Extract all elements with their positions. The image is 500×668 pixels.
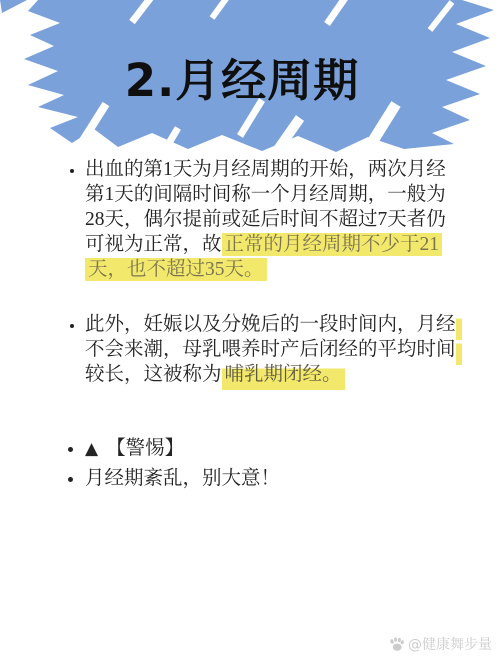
text-run: 此外，妊娠以及分娩后的一段时间内，月经 xyxy=(85,314,456,335)
text-line: 此外，妊娠以及分娩后的一段时间内，月经 xyxy=(85,312,500,337)
text-line: 第1天的间隔时间称一个月经周期，一般为 xyxy=(85,182,500,207)
text-run: 较长，这被称为 xyxy=(85,364,222,385)
page-title: 2.月经周期 xyxy=(0,44,484,109)
text-run: 出血的第1天为月经周期的开始，两次月经 xyxy=(85,159,446,180)
warning-triangle-icon: ▲ xyxy=(85,439,98,459)
highlighted-text: 正常的月经周期不少于21 xyxy=(222,233,443,256)
text-run: 可视为正常，故 xyxy=(85,234,222,255)
text-run: 28天，偶尔提前或延后时间不超过7天者仍 xyxy=(85,209,446,230)
underline-highlighted-text: 哺乳期闭经。 xyxy=(222,364,345,390)
title-banner: 2.月经周期 xyxy=(0,0,500,152)
baidu-paw-icon xyxy=(389,637,405,652)
warning-text: 月经期紊乱，别大意！ xyxy=(85,464,500,494)
text-line: 较长，这被称为哺乳期闭经。 xyxy=(85,362,500,387)
warning-list: ▲【警惕】 月经期紊乱，别大意！ xyxy=(0,434,500,494)
warning-heading: ▲【警惕】 xyxy=(85,434,500,464)
text-line: 可视为正常，故正常的月经周期不少于21 xyxy=(85,232,500,257)
bullet-list: 出血的第1天为月经周期的开始，两次月经 第1天的间隔时间称一个月经周期，一般为 … xyxy=(0,157,500,387)
text-run: 第1天的间隔时间称一个月经周期，一般为 xyxy=(85,184,446,205)
text-line: 天，也不超过35天。 xyxy=(85,257,500,282)
highlighted-text: 天，也不超过35天。 xyxy=(85,258,267,281)
infographic-card: 2.月经周期 出血的第1天为月经周期的开始，两次月经 第1天的间隔时间称一个月经… xyxy=(0,0,500,668)
bullet-item-cycle-definition: 出血的第1天为月经周期的开始，两次月经 第1天的间隔时间称一个月经周期，一般为 … xyxy=(85,157,500,282)
text-run: 不会来潮，母乳喂养时产后闭经的平均时间 xyxy=(85,339,456,360)
text-line: 不会来潮，母乳喂养时产后闭经的平均时间 xyxy=(85,337,500,362)
text-line: 28天，偶尔提前或延后时间不超过7天者仍 xyxy=(85,207,500,232)
watermark: @健康舞步量 xyxy=(389,634,492,654)
text-line: 出血的第1天为月经周期的开始，两次月经 xyxy=(85,157,500,182)
watermark-text: @健康舞步量 xyxy=(408,634,492,654)
underline-highlighted-text xyxy=(456,339,462,365)
warning-message: 月经期紊乱，别大意！ xyxy=(85,468,280,489)
warning-label: 【警惕】 xyxy=(106,438,184,459)
bullet-item-lactation-amenorrhea: 此外，妊娠以及分娩后的一段时间内，月经 不会来潮，母乳喂养时产后闭经的平均时间 … xyxy=(85,312,500,387)
